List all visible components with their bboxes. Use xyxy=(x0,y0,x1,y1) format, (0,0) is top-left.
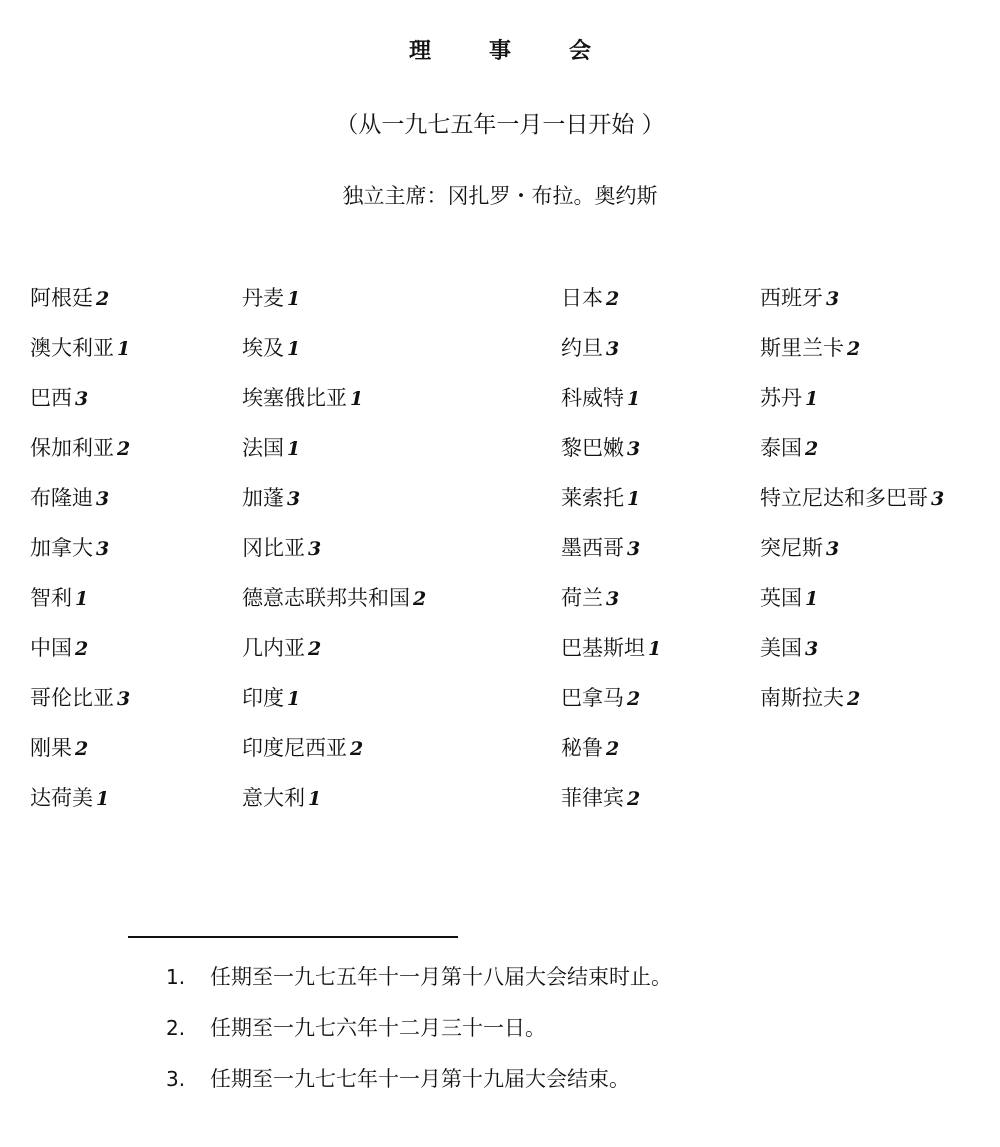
member-entry: 突尼斯3 xyxy=(760,534,944,584)
member-entry: 智利1 xyxy=(30,584,130,634)
member-term: 2 xyxy=(413,588,426,610)
footnote-number: 1. xyxy=(166,962,210,992)
member-entry: 布隆迪3 xyxy=(30,484,130,534)
member-entry: 莱索托1 xyxy=(561,484,661,534)
footnote-number: 3. xyxy=(166,1064,210,1094)
member-name: 哥伦比亚 xyxy=(30,686,114,710)
member-name: 南斯拉夫 xyxy=(760,686,844,710)
member-term: 3 xyxy=(627,438,640,460)
member-entry: 巴基斯坦1 xyxy=(561,634,661,684)
member-term: 2 xyxy=(805,438,818,460)
member-term: 3 xyxy=(287,488,300,510)
member-name: 科威特 xyxy=(561,386,624,410)
member-term: 1 xyxy=(308,788,321,810)
member-name: 黎巴嫩 xyxy=(561,436,624,460)
member-entry: 巴西3 xyxy=(30,384,130,434)
member-column-4: 西班牙3 斯里兰卡2 苏丹1 泰国2 特立尼达和多巴哥3 突尼斯3 英国1 美国… xyxy=(760,284,944,734)
member-name: 中国 xyxy=(30,636,72,660)
member-term: 3 xyxy=(606,588,619,610)
member-term: 2 xyxy=(96,288,109,310)
member-entry: 意大利1 xyxy=(242,784,426,834)
member-entry: 约旦3 xyxy=(561,334,661,384)
member-term: 1 xyxy=(287,288,300,310)
member-entry: 荷兰3 xyxy=(561,584,661,634)
member-term: 3 xyxy=(308,538,321,560)
member-name: 英国 xyxy=(760,586,802,610)
member-name: 埃及 xyxy=(242,336,284,360)
member-term: 2 xyxy=(627,688,640,710)
member-name: 阿根廷 xyxy=(30,286,93,310)
member-term: 1 xyxy=(350,388,363,410)
member-name: 墨西哥 xyxy=(561,536,624,560)
page-subtitle: （从一九七五年一月一日开始 ） xyxy=(0,106,1000,139)
member-name: 印度尼西亚 xyxy=(242,736,347,760)
member-entry: 墨西哥3 xyxy=(561,534,661,584)
member-name: 法国 xyxy=(242,436,284,460)
member-entry: 加拿大3 xyxy=(30,534,130,584)
member-term: 2 xyxy=(606,738,619,760)
member-name: 突尼斯 xyxy=(760,536,823,560)
member-entry: 英国1 xyxy=(760,584,944,634)
member-entry: 美国3 xyxy=(760,634,944,684)
member-term: 3 xyxy=(96,488,109,510)
member-term: 1 xyxy=(805,388,818,410)
member-name: 加拿大 xyxy=(30,536,93,560)
member-term: 3 xyxy=(805,638,818,660)
member-term: 1 xyxy=(75,588,88,610)
footnote: 2.任期至一九七六年十二月三十一日。 xyxy=(166,1013,672,1064)
member-term: 1 xyxy=(287,688,300,710)
member-term: 2 xyxy=(350,738,363,760)
member-entry: 印度尼西亚2 xyxy=(242,734,426,784)
member-name: 智利 xyxy=(30,586,72,610)
member-name: 达荷美 xyxy=(30,786,93,810)
member-entry: 泰国2 xyxy=(760,434,944,484)
member-name: 丹麦 xyxy=(242,286,284,310)
footnote-text: 任期至一九七五年十一月第十八届大会结束时止。 xyxy=(210,965,672,989)
member-term: 2 xyxy=(847,338,860,360)
member-term: 1 xyxy=(627,388,640,410)
member-term: 2 xyxy=(75,638,88,660)
member-term: 1 xyxy=(287,438,300,460)
member-term: 2 xyxy=(847,688,860,710)
footnote-divider xyxy=(128,936,458,938)
member-name: 巴基斯坦 xyxy=(561,636,645,660)
member-name: 特立尼达和多巴哥 xyxy=(760,486,928,510)
member-term: 3 xyxy=(96,538,109,560)
chairman-label: 独立主席： xyxy=(343,184,448,208)
member-name: 澳大利亚 xyxy=(30,336,114,360)
member-term: 3 xyxy=(826,288,839,310)
member-term: 2 xyxy=(627,788,640,810)
member-entry: 哥伦比亚3 xyxy=(30,684,130,734)
member-name: 美国 xyxy=(760,636,802,660)
footnotes: 1.任期至一九七五年十一月第十八届大会结束时止。 2.任期至一九七六年十二月三十… xyxy=(166,962,672,1115)
member-term: 1 xyxy=(648,638,661,660)
member-entry: 德意志联邦共和国2 xyxy=(242,584,426,634)
member-name: 日本 xyxy=(561,286,603,310)
member-entry: 菲律宾2 xyxy=(561,784,661,834)
footnote-text: 任期至一九七七年十一月第十九届大会结束。 xyxy=(210,1067,630,1091)
member-name: 荷兰 xyxy=(561,586,603,610)
member-term: 3 xyxy=(75,388,88,410)
member-entry: 斯里兰卡2 xyxy=(760,334,944,384)
member-entry: 苏丹1 xyxy=(760,384,944,434)
member-name: 几内亚 xyxy=(242,636,305,660)
member-name: 德意志联邦共和国 xyxy=(242,586,410,610)
member-entry: 日本2 xyxy=(561,284,661,334)
member-entry: 几内亚2 xyxy=(242,634,426,684)
member-entry: 澳大利亚1 xyxy=(30,334,130,384)
member-name: 莱索托 xyxy=(561,486,624,510)
member-name: 印度 xyxy=(242,686,284,710)
page-title: 理事会 xyxy=(0,34,1000,65)
member-term: 1 xyxy=(96,788,109,810)
member-name: 保加利亚 xyxy=(30,436,114,460)
member-term: 1 xyxy=(287,338,300,360)
footnote: 1.任期至一九七五年十一月第十八届大会结束时止。 xyxy=(166,962,672,1013)
member-term: 3 xyxy=(117,688,130,710)
member-term: 1 xyxy=(627,488,640,510)
member-name: 秘鲁 xyxy=(561,736,603,760)
member-name: 埃塞俄比亚 xyxy=(242,386,347,410)
member-entry: 埃塞俄比亚1 xyxy=(242,384,426,434)
member-term: 2 xyxy=(75,738,88,760)
member-term: 2 xyxy=(117,438,130,460)
member-name: 巴拿马 xyxy=(561,686,624,710)
member-column-2: 丹麦1 埃及1 埃塞俄比亚1 法国1 加蓬3 冈比亚3 德意志联邦共和国2 几内… xyxy=(242,284,426,834)
member-term: 1 xyxy=(117,338,130,360)
member-name: 冈比亚 xyxy=(242,536,305,560)
member-name: 意大利 xyxy=(242,786,305,810)
member-term: 3 xyxy=(826,538,839,560)
member-term: 3 xyxy=(931,488,944,510)
member-name: 斯里兰卡 xyxy=(760,336,844,360)
footnote: 3.任期至一九七七年十一月第十九届大会结束。 xyxy=(166,1064,672,1115)
footnote-number: 2. xyxy=(166,1013,210,1043)
member-entry: 科威特1 xyxy=(561,384,661,434)
member-entry: 保加利亚2 xyxy=(30,434,130,484)
member-entry: 特立尼达和多巴哥3 xyxy=(760,484,944,534)
member-term: 3 xyxy=(627,538,640,560)
member-entry: 加蓬3 xyxy=(242,484,426,534)
member-name: 加蓬 xyxy=(242,486,284,510)
member-entry: 西班牙3 xyxy=(760,284,944,334)
chairman-line: 独立主席：冈扎罗・布拉。奥约斯 xyxy=(0,180,1000,210)
member-entry: 印度1 xyxy=(242,684,426,734)
member-term: 3 xyxy=(606,338,619,360)
member-term: 2 xyxy=(308,638,321,660)
member-entry: 丹麦1 xyxy=(242,284,426,334)
member-name: 刚果 xyxy=(30,736,72,760)
member-entry: 中国2 xyxy=(30,634,130,684)
member-column-1: 阿根廷2 澳大利亚1 巴西3 保加利亚2 布隆迪3 加拿大3 智利1 中国2 哥… xyxy=(30,284,130,834)
member-column-3: 日本2 约旦3 科威特1 黎巴嫩3 莱索托1 墨西哥3 荷兰3 巴基斯坦1 巴拿… xyxy=(561,284,661,834)
member-entry: 黎巴嫩3 xyxy=(561,434,661,484)
member-name: 菲律宾 xyxy=(561,786,624,810)
member-term: 2 xyxy=(606,288,619,310)
member-name: 苏丹 xyxy=(760,386,802,410)
chairman-name: 冈扎罗・布拉。奥约斯 xyxy=(448,184,658,208)
member-entry: 秘鲁2 xyxy=(561,734,661,784)
member-entry: 法国1 xyxy=(242,434,426,484)
member-name: 泰国 xyxy=(760,436,802,460)
member-name: 约旦 xyxy=(561,336,603,360)
member-entry: 巴拿马2 xyxy=(561,684,661,734)
member-name: 巴西 xyxy=(30,386,72,410)
member-name: 布隆迪 xyxy=(30,486,93,510)
member-entry: 埃及1 xyxy=(242,334,426,384)
member-entry: 冈比亚3 xyxy=(242,534,426,584)
member-entry: 阿根廷2 xyxy=(30,284,130,334)
footnote-text: 任期至一九七六年十二月三十一日。 xyxy=(210,1016,546,1040)
member-entry: 达荷美1 xyxy=(30,784,130,834)
member-term: 1 xyxy=(805,588,818,610)
member-entry: 刚果2 xyxy=(30,734,130,784)
member-name: 西班牙 xyxy=(760,286,823,310)
member-entry: 南斯拉夫2 xyxy=(760,684,944,734)
